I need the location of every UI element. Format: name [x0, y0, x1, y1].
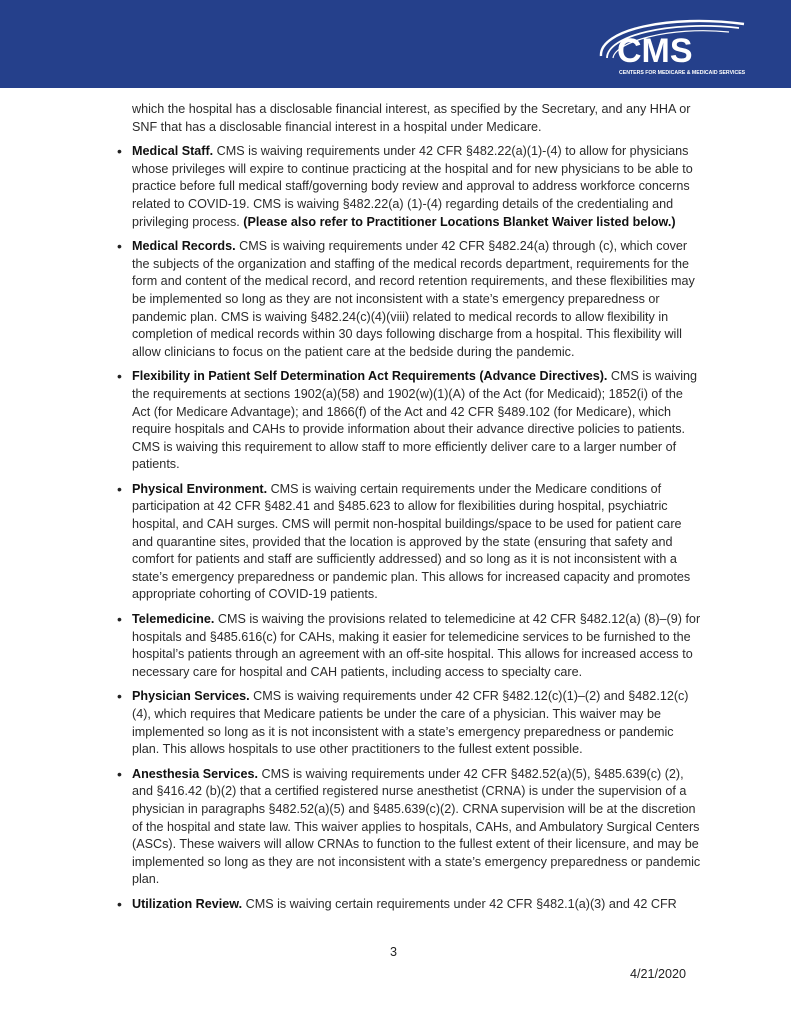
item-title: Anesthesia Services.: [132, 767, 258, 781]
list-item-physical-environment: Physical Environment. CMS is waiving cer…: [117, 481, 702, 604]
list-item-utilization-review: Utilization Review. CMS is waiving certa…: [117, 896, 702, 914]
item-body: CMS is waiving the requirements at secti…: [132, 369, 697, 471]
document-body: which the hospital has a disclosable fin…: [117, 101, 702, 921]
item-body: CMS is waiving requirements under 42 CFR…: [132, 767, 700, 887]
item-emphasis: (Please also refer to Practitioner Locat…: [243, 215, 675, 229]
item-title: Physical Environment.: [132, 482, 267, 496]
list-item-physician-services: Physician Services. CMS is waiving requi…: [117, 688, 702, 758]
item-title: Medical Records.: [132, 239, 236, 253]
list-item-anesthesia-services: Anesthesia Services. CMS is waiving requ…: [117, 766, 702, 889]
continuation-paragraph: which the hospital has a disclosable fin…: [132, 101, 702, 136]
list-item-advance-directives: Flexibility in Patient Self Determinatio…: [117, 368, 702, 474]
item-title: Utilization Review.: [132, 897, 242, 911]
cms-header-banner: CMS CENTERS FOR MEDICARE & MEDICAID SERV…: [0, 0, 791, 88]
item-title: Physician Services.: [132, 689, 250, 703]
item-title: Telemedicine.: [132, 612, 214, 626]
cms-logo: CMS CENTERS FOR MEDICARE & MEDICAID SERV…: [579, 10, 769, 78]
page-number: 3: [390, 945, 397, 959]
list-item-medical-staff: Medical Staff. CMS is waiving requiremen…: [117, 143, 702, 231]
item-title: Flexibility in Patient Self Determinatio…: [132, 369, 607, 383]
item-body: CMS is waiving certain requirements unde…: [132, 482, 690, 602]
item-body: CMS is waiving certain requirements unde…: [242, 897, 677, 911]
cms-logo-icon: CMS CENTERS FOR MEDICARE & MEDICAID SERV…: [579, 10, 769, 78]
waiver-list: Medical Staff. CMS is waiving requiremen…: [117, 143, 702, 913]
list-item-medical-records: Medical Records. CMS is waiving requirem…: [117, 238, 702, 361]
item-body: CMS is waiving requirements under 42 CFR…: [132, 239, 695, 359]
item-body: CMS is waiving the provisions related to…: [132, 612, 700, 679]
svg-text:CMS: CMS: [617, 32, 693, 70]
footer-date: 4/21/2020: [630, 967, 686, 981]
svg-text:CENTERS FOR MEDICARE & MEDICAI: CENTERS FOR MEDICARE & MEDICAID SERVICES: [619, 70, 746, 76]
list-item-telemedicine: Telemedicine. CMS is waiving the provisi…: [117, 611, 702, 681]
item-title: Medical Staff.: [132, 144, 213, 158]
